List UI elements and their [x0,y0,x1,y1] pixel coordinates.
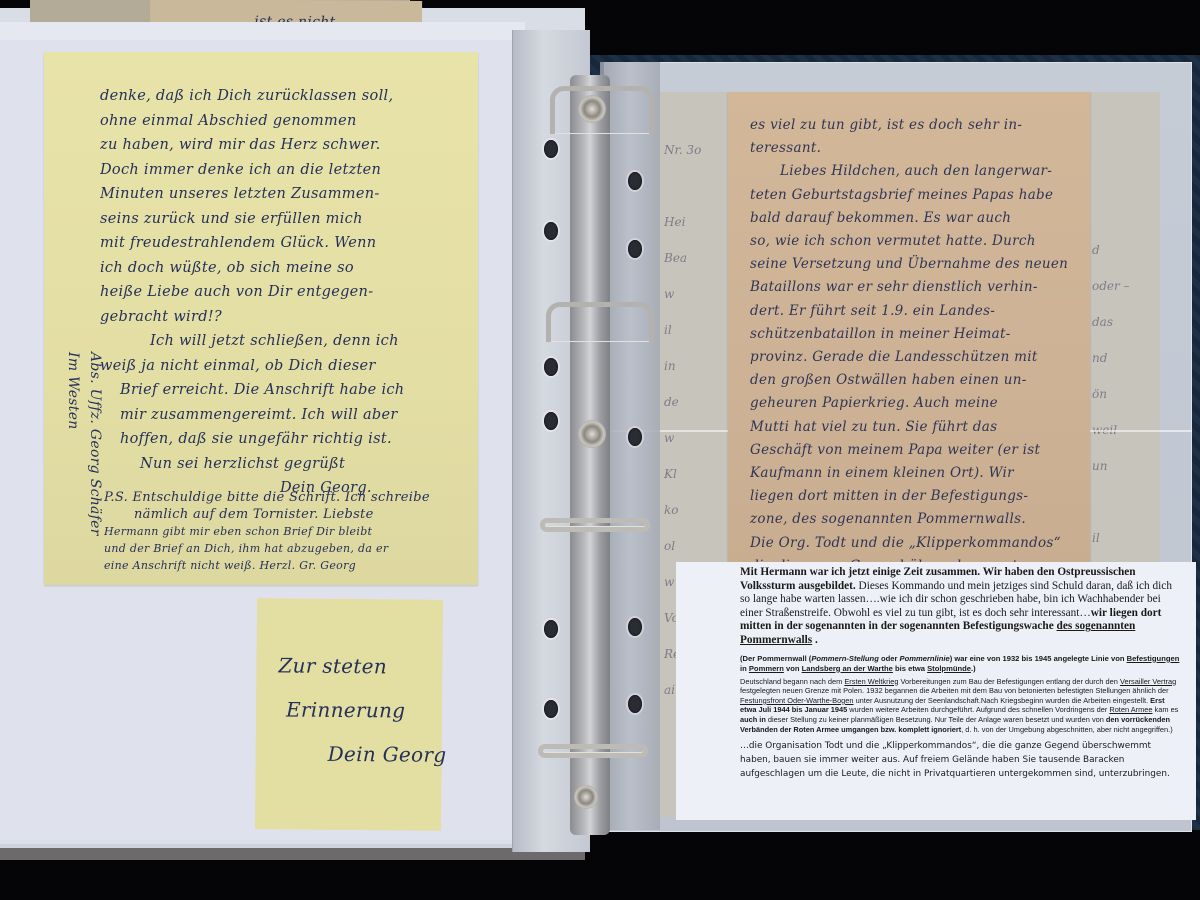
punch-hole [544,140,558,158]
transcription-quote: …die Organisation Todt und die „Klipperk… [740,740,1180,781]
punch-hole [544,620,558,638]
handwritten-note-card: Zur steten Erinnerung Dein Georg [255,598,443,831]
punch-hole [544,700,558,718]
punch-hole [628,240,642,258]
punch-hole [628,172,642,190]
pommernwall-history: Deutschland begann nach dem Ersten Weltk… [740,677,1180,735]
punch-hole [544,358,558,376]
rivet-top [578,95,606,123]
binder-ring-bottom[interactable] [538,744,648,758]
link-erster-weltkrieg: Ersten Weltkrieg [844,677,898,686]
punch-hole [544,412,558,430]
letter-postscript: P.S. Entschuldige bitte die Schrift. Ich… [104,489,474,574]
link-rote-armee: Roten Armee [1109,705,1152,714]
link-pommern: Pommern [749,664,784,673]
letter-yellow-body: denke, daß ich Dich zurücklassen soll, o… [100,84,470,501]
link-versailler-vertrag: Versailler Vertrag [1120,677,1176,686]
rivet-bottom [574,785,598,809]
photo-scene: Nr. 3o Hei Bea w il in de w Kl ko ol w V… [0,0,1200,900]
punch-hole [628,428,642,446]
note-card-text: Zur steten Erinnerung Dein Georg [277,643,447,776]
link-landsberg: Landsberg an der Warthe [802,664,893,673]
punch-hole [628,618,642,636]
link-festungsfront: Festungsfront Oder-Warthe-Bogen [740,696,854,705]
link-befestigungen: Befestigungen [1127,654,1180,663]
handwritten-letter-tan: es viel zu tun gibt, ist es doch sehr in… [728,92,1090,567]
binder-ring-bar [570,75,610,835]
link-stolpmuende: Stolpmünde [927,664,971,673]
punch-hole [544,222,558,240]
binder-ring-upper-middle[interactable] [546,302,654,342]
typed-transcription-sheet: Mit Hermann war ich jetzt einige Zeit zu… [676,562,1196,820]
letter-margin-note: Abs. Uffz. Georg Schäfer Im Westen [62,352,106,572]
handwritten-letter-yellow: denke, daß ich Dich zurücklassen soll, o… [44,52,478,585]
rivet-middle [578,420,606,448]
binder-ring-lower-middle[interactable] [540,518,650,532]
transcription-intro: Mit Hermann war ich jetzt einige Zeit zu… [740,566,1180,648]
pommernwall-definition: (Der Pommernwall (Pommern-Stellung oder … [740,654,1180,674]
punch-hole [628,695,642,713]
